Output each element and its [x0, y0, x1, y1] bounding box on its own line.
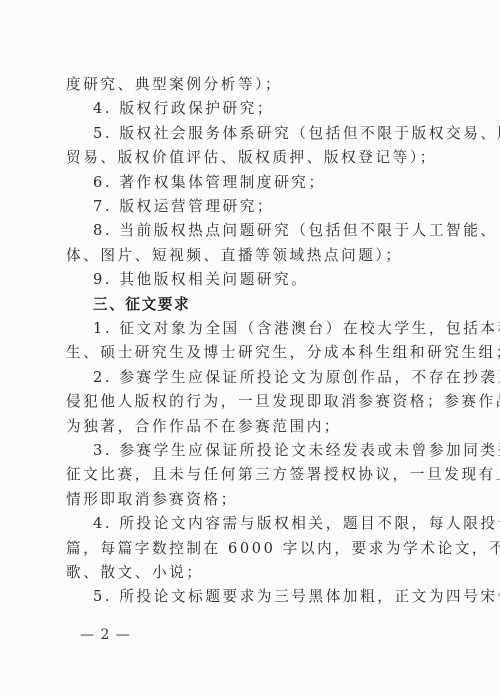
- requirement-2-continuation: 侵犯他人版权的行为，一旦发现即取消参赛资格；参赛作品须: [66, 392, 438, 412]
- requirement-3: 3. 参赛学生应保证所投论文未经发表或未曾参加同类型: [93, 441, 438, 461]
- text-line-continuation: 度研究、典型案例分析等）；: [66, 75, 438, 95]
- requirement-5: 5. 所投论文标题要求为三号黑体加粗，正文为四号宋体，: [93, 587, 438, 607]
- requirement-1: 1. 征文对象为全国（含港澳台）在校大学生，包括本科: [93, 319, 438, 339]
- list-item-6: 6. 著作权集体管理制度研究；: [93, 173, 438, 193]
- requirement-4: 4. 所投论文内容需与版权相关，题目不限，每人限投一: [93, 514, 438, 534]
- list-item-5-continuation: 贸易、版权价值评估、版权质押、版权登记等）；: [66, 148, 438, 168]
- list-item-7: 7. 版权运营管理研究；: [93, 197, 438, 217]
- requirement-2-continuation: 为独著，合作作品不在参赛范围内；: [66, 417, 438, 437]
- document-page: 度研究、典型案例分析等）； 4. 版权行政保护研究； 5. 版权社会服务体系研究…: [0, 0, 500, 697]
- requirement-1-continuation: 生、硕士研究生及博士研究生，分成本科生组和研究生组；: [66, 343, 438, 363]
- list-item-4: 4. 版权行政保护研究；: [93, 99, 438, 119]
- section-heading: 三、征文要求: [93, 295, 438, 315]
- requirement-2: 2. 参赛学生应保证所投论文为原创作品，不存在抄袭及: [93, 368, 438, 388]
- requirement-3-continuation: 征文比赛，且未与任何第三方签署授权协议，一旦发现有上述: [66, 465, 438, 485]
- list-item-9: 9. 其他版权相关问题研究。: [93, 270, 438, 290]
- page-number: — 2 —: [80, 627, 131, 643]
- requirement-4-continuation: 歌、散文、小说；: [66, 563, 438, 583]
- requirement-4-continuation: 篇，每篇字数控制在 6000 字以内，要求为学术论文，不接受诗: [66, 539, 438, 559]
- list-item-8-continuation: 体、图片、短视频、直播等领域热点问题）；: [66, 246, 438, 266]
- list-item-5: 5. 版权社会服务体系研究（包括但不限于版权交易、版权: [93, 124, 438, 144]
- list-item-8: 8. 当前版权热点问题研究（包括但不限于人工智能、自媒: [93, 221, 438, 241]
- requirement-3-continuation: 情形即取消参赛资格；: [66, 490, 438, 510]
